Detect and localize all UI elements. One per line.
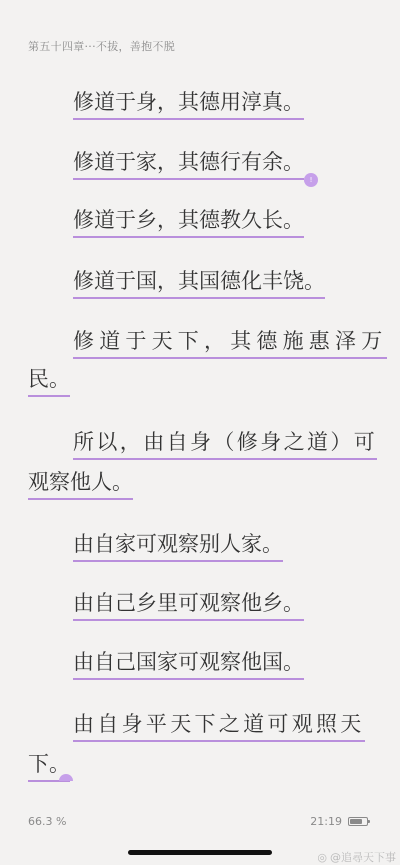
paragraph-line[interactable]: 民。 bbox=[28, 365, 70, 397]
reader-page: 第五十四章···不拔，善抱不脱 修道于身，其德用淳真。 修道于家，其德行有余。 … bbox=[0, 0, 400, 865]
paragraph-line[interactable]: 由自己乡里可观察他乡。 bbox=[73, 589, 304, 621]
clock-time: 21:19 bbox=[310, 815, 342, 828]
note-marker-icon[interactable]: ! bbox=[304, 173, 318, 187]
paragraph-line[interactable]: 修道于身，其德用淳真。 bbox=[73, 88, 304, 120]
paragraph-line[interactable]: 观察他人。 bbox=[28, 468, 133, 500]
weibo-icon: ◎ bbox=[317, 851, 327, 864]
paragraph-line[interactable]: 修道于国，其国德化丰饶。 bbox=[73, 267, 325, 299]
home-indicator[interactable] bbox=[128, 850, 272, 855]
paragraph-line[interactable]: 由自家可观察别人家。 bbox=[73, 530, 283, 562]
status-bar-right: 21:19 bbox=[310, 815, 368, 828]
battery-icon bbox=[348, 817, 368, 826]
highlighted-text[interactable]: 由自家可观察别人家。 bbox=[73, 530, 283, 562]
highlighted-text[interactable]: 修道于国，其国德化丰饶。 bbox=[73, 267, 325, 299]
paragraph-line[interactable]: 修道于家，其德行有余。 bbox=[73, 148, 304, 180]
highlighted-text[interactable]: 修道于家，其德行有余。 bbox=[73, 148, 304, 180]
watermark: ◎ @追尋天下事 bbox=[317, 849, 396, 865]
selection-handle-icon[interactable] bbox=[59, 774, 73, 781]
highlighted-text[interactable]: 由自己国家可观察他国。 bbox=[73, 648, 304, 680]
paragraph-line[interactable]: 由自己国家可观察他国。 bbox=[73, 648, 304, 680]
highlighted-text[interactable]: 修道于身，其德用淳真。 bbox=[73, 88, 304, 120]
paragraph-line[interactable]: 所以，由自身（修身之道）可 bbox=[73, 428, 377, 460]
paragraph-line[interactable]: 由自身平天下之道可观照天 bbox=[73, 710, 365, 742]
highlighted-text[interactable]: 修道于天下，其德施惠泽万 bbox=[73, 327, 387, 359]
watermark-text: @追尋天下事 bbox=[330, 849, 396, 865]
highlighted-text[interactable]: 修道于乡，其德教久长。 bbox=[73, 206, 304, 238]
highlighted-text[interactable]: 所以，由自身（修身之道）可 bbox=[73, 428, 377, 460]
highlighted-text[interactable]: 由自身平天下之道可观照天 bbox=[73, 710, 365, 742]
paragraph-line[interactable]: 修道于天下，其德施惠泽万 bbox=[73, 327, 387, 359]
chapter-title: 第五十四章···不拔，善抱不脱 bbox=[28, 38, 175, 54]
highlighted-text[interactable]: 观察他人。 bbox=[28, 468, 133, 500]
reading-progress: 66.3 % bbox=[28, 815, 66, 828]
paragraph-line[interactable]: 修道于乡，其德教久长。 bbox=[73, 206, 304, 238]
highlighted-text[interactable]: 民。 bbox=[28, 365, 70, 397]
highlighted-text[interactable]: 由自己乡里可观察他乡。 bbox=[73, 589, 304, 621]
